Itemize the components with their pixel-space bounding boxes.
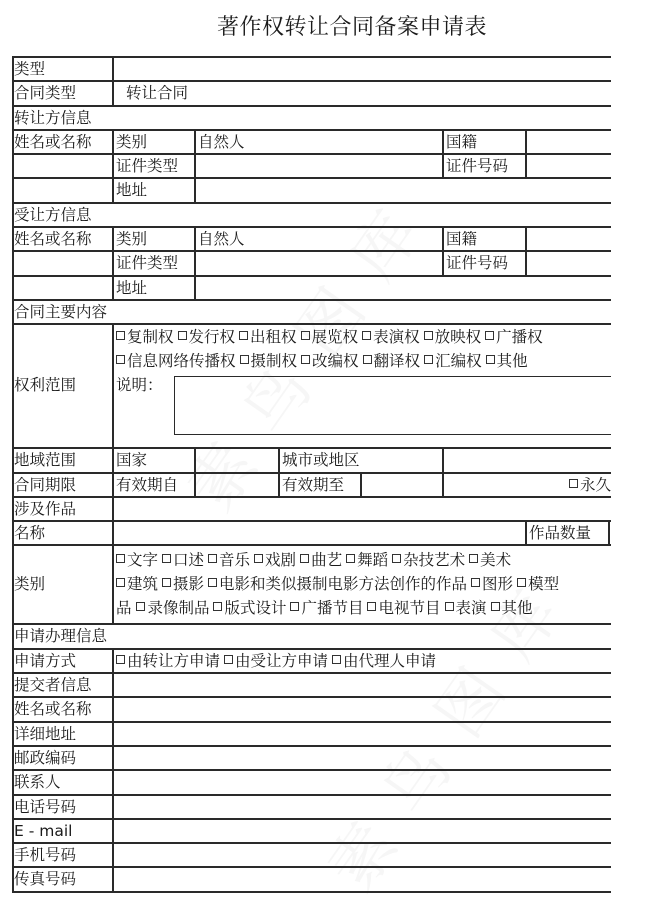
valid-from-label: 有效期自 (114, 474, 178, 496)
checkbox-option[interactable]: 复制权 (116, 328, 174, 346)
checkbox-label: 汇编权 (435, 352, 482, 370)
checkbox-option[interactable]: 舞蹈 (346, 551, 388, 569)
work-category-label: 类别 (12, 546, 45, 623)
checkbox-option[interactable]: 美术 (469, 551, 511, 569)
checkbox-label: 放映权 (435, 328, 482, 346)
checkbox-option[interactable]: 展览权 (301, 328, 359, 346)
checkbox-icon (424, 355, 433, 364)
checkbox-label: 翻译权 (374, 352, 421, 370)
checkbox-label: 版式设计 (224, 599, 286, 617)
checkbox-label: 其他 (502, 599, 533, 617)
row-region: 地域范围 国家 城市或地区 (12, 447, 611, 471)
checkbox-option[interactable]: 放映权 (424, 328, 482, 346)
checkbox-icon (116, 655, 125, 664)
checkbox-icon (116, 554, 125, 563)
submitter-phone-field[interactable] (114, 796, 611, 818)
checkbox-option[interactable]: 由受让方申请 (224, 652, 328, 670)
checkbox-label: 改编权 (312, 352, 359, 370)
transferee-id-type-field[interactable] (196, 252, 442, 274)
transferee-id-number-label: 证件号码 (444, 252, 508, 274)
permanent-checkbox[interactable]: 永久 (567, 474, 611, 496)
transferor-nationality-label: 国籍 (444, 131, 477, 153)
checkbox-label: 音乐 (219, 551, 250, 569)
field-label: 电话号码 (12, 796, 76, 818)
checkbox-option[interactable]: 戏剧 (254, 551, 296, 569)
checkbox-icon (213, 602, 222, 611)
checkbox-icon (445, 602, 454, 611)
country-label: 国家 (114, 449, 147, 471)
checkbox-option[interactable]: 图形 (471, 575, 513, 593)
row-works-header: 涉及作品 (12, 496, 611, 520)
checkbox-label: 电视节目 (378, 599, 440, 617)
checkbox-label: 图形 (482, 575, 513, 593)
checkbox-icon (162, 578, 171, 587)
checkbox-option[interactable]: 模型 (517, 575, 559, 593)
checkbox-label: 建筑 (127, 575, 158, 593)
checkbox-option[interactable]: 出租权 (239, 328, 297, 346)
checkbox-icon (208, 554, 217, 563)
transferee-category-field[interactable]: 自然人 (196, 228, 442, 250)
submitter-contact-field[interactable] (114, 771, 611, 793)
submitter-header: 提交者信息 (12, 674, 92, 696)
checkbox-icon (178, 331, 187, 340)
row-contract-type: 合同类型 转让合同 (12, 80, 611, 104)
work-category-line3: 品 录像制品版式设计广播节目电视节目表演其他 (114, 596, 611, 620)
checkbox-label: 戏剧 (265, 551, 296, 569)
checkbox-label: 录像制品 (147, 599, 209, 617)
application-form: 类型 合同类型 转让合同 转让方信息 姓名或名称 类别 自然人 国籍 证件类型 … (12, 56, 611, 893)
checkbox-option[interactable]: 广播节目 (290, 599, 363, 617)
checkbox-option[interactable]: 表演权 (362, 328, 420, 346)
checkbox-option[interactable]: 信息网络传播权 (116, 352, 236, 370)
row-submitter-address: 详细地址 (12, 721, 611, 745)
works-header: 涉及作品 (12, 498, 76, 520)
region-label: 地域范围 (12, 449, 76, 471)
row-application-method: 申请方式 由转让方申请由受让方申请由代理人申请 (12, 648, 611, 672)
submitter-email-field[interactable] (114, 820, 611, 842)
checkbox-label: 曲艺 (311, 551, 342, 569)
checkbox-icon (424, 331, 433, 340)
transferor-category-label: 类别 (114, 131, 147, 153)
row-term: 合同期限 有效期自 有效期至 永久 (12, 472, 611, 496)
checkbox-option[interactable]: 汇编权 (424, 352, 482, 370)
term-label: 合同期限 (12, 474, 76, 496)
checkbox-icon (136, 602, 145, 611)
checkbox-icon (301, 355, 310, 364)
checkbox-option[interactable]: 电影和类似摄制电影方法创作的作品 (208, 575, 467, 593)
checkbox-label: 舞蹈 (357, 551, 388, 569)
row-type: 类型 (12, 56, 611, 80)
application-method-label: 申请方式 (12, 650, 76, 672)
row-submitter-email: E - mail (12, 818, 611, 842)
rights-scope-label: 权利范围 (12, 325, 76, 447)
row-submitter-contact: 联系人 (12, 769, 611, 793)
transferee-address-label: 地址 (114, 277, 147, 299)
submitter-postcode-field[interactable] (114, 747, 611, 769)
type-label: 类型 (12, 58, 45, 80)
transferor-address-label: 地址 (114, 179, 147, 201)
submitter-fax-field[interactable] (114, 868, 611, 890)
row-submitter-fax: 传真号码 (12, 866, 611, 892)
checkbox-icon (300, 554, 309, 563)
checkbox-label: 表演权 (373, 328, 420, 346)
checkbox-label: 电影和类似摄制电影方法创作的作品 (219, 575, 467, 593)
contract-content-header: 合同主要内容 (12, 301, 107, 323)
transferor-name-label: 姓名或名称 (12, 131, 92, 153)
transferee-header: 受让方信息 (12, 204, 92, 226)
checkbox-icon (392, 554, 401, 563)
checkbox-label: 信息网络传播权 (127, 352, 236, 370)
field-label: 传真号码 (12, 868, 76, 890)
checkbox-option[interactable]: 摄制权 (240, 352, 298, 370)
row-transferee-header: 受让方信息 (12, 202, 611, 226)
checkbox-icon (239, 331, 248, 340)
checkbox-icon (332, 655, 341, 664)
checkbox-icon (367, 602, 376, 611)
work-category-line1: 文字口述音乐戏剧曲艺舞蹈杂技艺术美术 (114, 548, 611, 572)
checkbox-option[interactable]: 建筑 (116, 575, 158, 593)
checkbox-icon (491, 602, 500, 611)
checkbox-label: 发行权 (189, 328, 236, 346)
field-label: 姓名或名称 (12, 698, 92, 720)
checkbox-icon (162, 554, 171, 563)
checkbox-option[interactable]: 版式设计 (213, 599, 286, 617)
checkbox-icon (301, 331, 310, 340)
checkbox-option[interactable]: 表演 (445, 599, 487, 617)
note-label: 说明： (114, 373, 163, 397)
transferor-category-field[interactable]: 自然人 (196, 131, 442, 153)
checkbox-icon (224, 655, 233, 664)
row-contract-content-header: 合同主要内容 (12, 299, 611, 323)
row-transferor-category: 姓名或名称 类别 自然人 国籍 (12, 129, 611, 153)
submitter-name-field[interactable] (114, 698, 611, 720)
row-work-name: 名称 作品数量 (12, 520, 611, 544)
checkbox-option[interactable]: 其他 (491, 599, 533, 617)
checkbox-label: 文字 (127, 551, 158, 569)
transferee-id-type-label: 证件类型 (114, 252, 178, 274)
work-category-line2: 建筑摄影电影和类似摄制电影方法创作的作品图形模型 (114, 572, 623, 596)
valid-to-field[interactable] (362, 474, 442, 496)
checkbox-label: 杂技艺术 (403, 551, 465, 569)
checkbox-label: 其他 (497, 352, 528, 370)
checkbox-label: 摄影 (173, 575, 204, 593)
checkbox-icon (116, 355, 125, 364)
checkbox-label: 广播权 (496, 328, 543, 346)
checkbox-option[interactable]: 由代理人申请 (332, 652, 436, 670)
row-submitter-postcode: 邮政编码 (12, 745, 611, 769)
checkbox-option[interactable]: 由转让方申请 (116, 652, 220, 670)
rights-options-line1: 复制权发行权出租权展览权表演权放映权广播权 (114, 325, 611, 349)
city-field[interactable] (444, 449, 611, 471)
valid-from-field[interactable] (196, 474, 278, 496)
transferor-id-type-field[interactable] (196, 155, 442, 177)
checkbox-label: 复制权 (127, 328, 174, 346)
row-submitter-header: 提交者信息 (12, 672, 611, 696)
checkbox-icon (471, 578, 480, 587)
transferor-id-number-label: 证件号码 (444, 155, 508, 177)
checkbox-label: 展览权 (312, 328, 359, 346)
checkbox-option[interactable]: 文字 (116, 551, 158, 569)
checkbox-icon (362, 331, 371, 340)
checkbox-option[interactable]: 发行权 (178, 328, 236, 346)
work-name-label: 名称 (12, 522, 45, 544)
row-submitter-mobile: 手机号码 (12, 842, 611, 866)
wrapped-text: 品 (116, 599, 136, 617)
transferor-nationality-field[interactable] (527, 131, 611, 153)
country-field[interactable] (196, 449, 278, 471)
checkbox-label: 模型 (528, 575, 559, 593)
valid-to-label: 有效期至 (280, 474, 344, 496)
rights-options-line2: 信息网络传播权摄制权改编权翻译权汇编权其他 (114, 349, 611, 373)
checkbox-option[interactable]: 其他 (486, 352, 528, 370)
checkbox-icon (569, 479, 578, 488)
checkbox-option[interactable]: 录像制品 (136, 599, 209, 617)
checkbox-option[interactable]: 广播权 (485, 328, 543, 346)
transferor-id-number-field[interactable] (527, 155, 611, 177)
checkbox-icon (116, 578, 125, 587)
row-transferee-category: 姓名或名称 类别 自然人 国籍 (12, 226, 611, 250)
row-submitter-phone: 电话号码 (12, 794, 611, 818)
row-submitter-name: 姓名或名称 (12, 696, 611, 720)
transferor-header: 转让方信息 (12, 107, 92, 129)
checkbox-icon (517, 578, 526, 587)
checkbox-icon (240, 355, 249, 364)
checkbox-icon (116, 331, 125, 340)
checkbox-icon (346, 554, 355, 563)
field-label: 联系人 (12, 771, 61, 793)
row-transferor-address: 地址 (12, 177, 611, 201)
form-title: 著作权转让合同备案申请表 (0, 10, 650, 41)
permanent-label: 永久 (580, 476, 611, 494)
checkbox-label: 出租权 (250, 328, 297, 346)
checkbox-label: 表演 (456, 599, 487, 617)
transferee-nationality-label: 国籍 (444, 228, 477, 250)
note-textbox[interactable] (174, 376, 611, 435)
checkbox-option[interactable]: 电视节目 (367, 599, 440, 617)
checkbox-icon (486, 355, 495, 364)
transferee-nationality-field[interactable] (527, 228, 611, 250)
checkbox-option[interactable]: 改编权 (301, 352, 359, 370)
checkbox-option[interactable]: 口述 (162, 551, 204, 569)
checkbox-icon (469, 554, 478, 563)
submitter-mobile-field[interactable] (114, 844, 611, 866)
checkbox-label: 由转让方申请 (127, 652, 220, 670)
contract-type-field[interactable]: 转让合同 (124, 82, 611, 104)
row-rights-scope: 权利范围 复制权发行权出租权展览权表演权放映权广播权 信息网络传播权摄制权改编权… (12, 323, 611, 447)
transferee-name-label: 姓名或名称 (12, 228, 92, 250)
checkbox-icon (363, 355, 372, 364)
checkbox-option[interactable]: 音乐 (208, 551, 250, 569)
transferor-address-field[interactable] (196, 179, 611, 201)
checkbox-option[interactable]: 杂技艺术 (392, 551, 465, 569)
field-label: 邮政编码 (12, 747, 76, 769)
checkbox-option[interactable]: 曲艺 (300, 551, 342, 569)
row-transferee-address: 地址 (12, 275, 611, 299)
row-transferor-id: 证件类型 证件号码 (12, 153, 611, 177)
checkbox-option[interactable]: 翻译权 (363, 352, 421, 370)
checkbox-icon (208, 578, 217, 587)
checkbox-icon (290, 602, 299, 611)
checkbox-icon (485, 331, 494, 340)
row-application-header: 申请办理信息 (12, 623, 611, 647)
transferee-category-label: 类别 (114, 228, 147, 250)
type-field[interactable] (114, 58, 611, 80)
contract-type-label: 合同类型 (12, 82, 76, 104)
field-label: E - mail (12, 820, 72, 842)
field-label: 详细地址 (12, 723, 76, 745)
transferee-address-field[interactable] (196, 277, 611, 299)
application-method-options: 由转让方申请由受让方申请由代理人申请 (114, 650, 611, 672)
checkbox-label: 美术 (480, 551, 511, 569)
checkbox-label: 摄制权 (251, 352, 298, 370)
submitter-address-field[interactable] (114, 723, 611, 745)
city-label: 城市或地区 (280, 449, 360, 471)
row-work-category: 类别 文字口述音乐戏剧曲艺舞蹈杂技艺术美术 建筑摄影电影和类似摄制电影方法创作的… (12, 544, 611, 623)
checkbox-label: 由受让方申请 (235, 652, 328, 670)
checkbox-icon (254, 554, 263, 563)
application-header: 申请办理信息 (12, 625, 107, 647)
checkbox-option[interactable]: 摄影 (162, 575, 204, 593)
transferee-id-number-field[interactable] (527, 252, 611, 274)
row-transferor-header: 转让方信息 (12, 105, 611, 129)
row-transferee-id: 证件类型 证件号码 (12, 250, 611, 274)
checkbox-label: 由代理人申请 (343, 652, 436, 670)
field-label: 手机号码 (12, 844, 76, 866)
checkbox-label: 口述 (173, 551, 204, 569)
work-name-field[interactable] (114, 522, 525, 544)
checkbox-label: 广播节目 (301, 599, 363, 617)
work-count-label: 作品数量 (527, 522, 610, 544)
transferor-id-type-label: 证件类型 (114, 155, 178, 177)
